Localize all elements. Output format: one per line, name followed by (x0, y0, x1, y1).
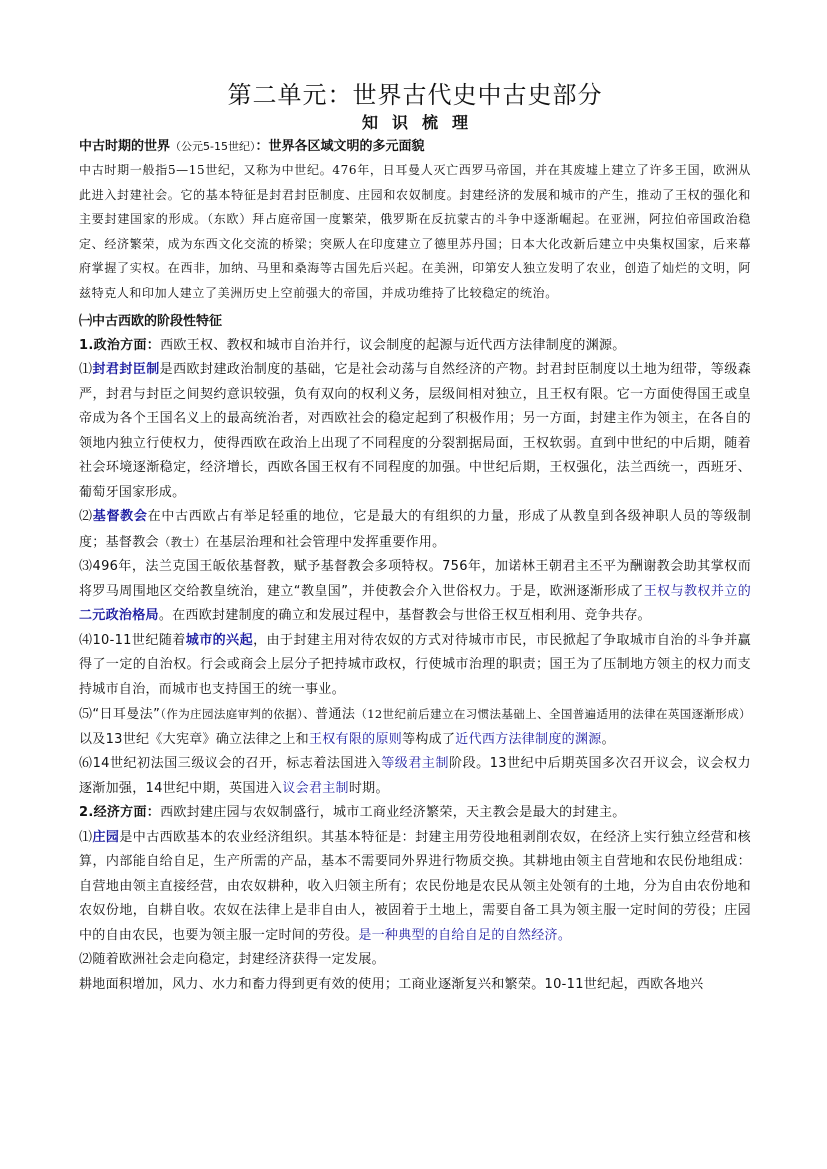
item-text: 以及13世纪《大宪章》确立法律之上和 (79, 732, 309, 747)
intro-heading-paren: （公元5-15世纪） (170, 140, 255, 153)
politics-label: 1.政治方面： (79, 338, 160, 353)
economy-summary: 2.经济方面：西欧封建庄园与农奴制盛行，城市工商业经济繁荣，天主教会是最大的封建… (79, 801, 751, 826)
section-heading: ㈠中古西欧的阶段性特征 (79, 310, 751, 334)
item-text-mid: 普通法 (315, 707, 355, 722)
politics-item-1: ⑴封君封臣制是西欧封建政治制度的基础，它是社会动荡与自然经济的产物。封君封臣制度… (79, 358, 751, 505)
item-number: ⑴ (79, 830, 92, 845)
item-number: ⑸ (79, 707, 92, 722)
item-number: ⑵ (79, 509, 93, 524)
economy-item-2: ⑵随着欧洲社会走向稳定，封建经济获得一定发展。 (79, 948, 751, 973)
item-note: （作为庄园法庭审判的依据）、 (160, 707, 315, 721)
politics-summary: 1.政治方面：西欧王权、教权和城市自治并行，议会制度的起源与近代西方法律制度的渊… (79, 334, 751, 359)
politics-item-3: ⑶496年，法兰克国王皈依基督教，赋予基督教会多项特权。756年，加诺林王朝君主… (79, 555, 751, 629)
keyword-highlight: 城市的兴起 (186, 633, 253, 648)
keyword-highlight: 等级君主制 (381, 756, 449, 771)
keyword-highlight: 封君封臣制 (92, 362, 159, 377)
item-text-tail: 时期。 (349, 781, 389, 796)
page-title: 第二单元：世界古代史中古史部分 (79, 80, 751, 110)
keyword-highlight: 议会君主制 (282, 781, 349, 796)
item-text: 随着欧洲社会走向稳定，封建经济获得一定发展。 (92, 952, 385, 967)
keyword-highlight: 庄园 (92, 830, 119, 845)
item-text: 是中古西欧基本的农业经济组织。其基本特征是：封建主用劳役地租剥削农奴，在经济上实… (79, 830, 751, 943)
keyword-highlight: 王权与教权并立的 (644, 584, 751, 599)
politics-item-6: ⑹14世纪初法国三级议会的召开，标志着法国进入等级君主制阶段。13世纪中后期英国… (79, 752, 751, 801)
keyword-highlight: 近代西方法律制度的渊源 (455, 732, 601, 747)
item-text-tail: 。 (602, 732, 615, 747)
item-number: ⑴ (79, 362, 92, 377)
economy-item-1: ⑴庄园是中古西欧基本的农业经济组织。其基本特征是：封建主用劳役地租剥削农奴，在经… (79, 826, 751, 949)
economy-continuation: 耕地面积增加，风力、水力和畜力得到更有效的使用；工商业逐渐复兴和繁荣。10-11… (79, 973, 751, 998)
item-text-tail: 在基层治理和社会管理中发挥重要作用。 (206, 535, 445, 550)
item-text-pre: 14世纪初法国三级议会的召开，标志着法国进入 (93, 756, 382, 771)
economy-summary-text: 西欧封建庄园与农奴制盛行，城市工商业经济繁荣，天主教会是最大的封建主。 (160, 805, 626, 820)
item-text-pre: “日耳曼法” (92, 707, 160, 722)
item-number: ⑶ (79, 559, 93, 574)
item-text: 是西欧封建政治制度的基础，它是社会动荡与自然经济的产物。封君封臣制度以土地为纽带… (79, 362, 751, 500)
document-page: 第二单元：世界古代史中古史部分 知识梳理 中古时期的世界（公元5-15世纪）：世… (79, 80, 751, 997)
item-text-pre: 10-11世纪随着 (92, 633, 185, 648)
item-number: ⑹ (79, 756, 93, 771)
politics-item-2: ⑵基督教会在中古西欧占有举足轻重的地位，它是最大的有组织的力量，形成了从教皇到各… (79, 505, 751, 555)
item-number: ⑵ (79, 952, 92, 967)
item-text-tail: 。在西欧封建制度的确立和发展过程中，基督教会与世俗王权互相利用、竞争共存。 (159, 608, 651, 623)
keyword-highlight: 基督教会 (93, 509, 148, 524)
politics-item-4: ⑷10-11世纪随着城市的兴起，由于封建主用对待农奴的方式对待城市市民，市民掀起… (79, 629, 751, 703)
intro-heading-tail: ：世界各区域文明的多元面貌 (255, 139, 424, 154)
item-text-mid: 等构成了 (402, 732, 455, 747)
item-number: ⑷ (79, 633, 92, 648)
item-note: （教士） (159, 535, 206, 549)
politics-summary-text: 西欧王权、教权和城市自治并行，议会制度的起源与近代西方法律制度的渊源。 (160, 338, 626, 353)
keyword-highlight: 二元政治格局 (79, 608, 159, 623)
item-note: （12世纪前后建立在习惯法基础上、全国普遍适用的法律在英国逐渐形成） (355, 707, 751, 721)
keyword-highlight: 王权有限的原则 (309, 732, 402, 747)
politics-item-5: ⑸“日耳曼法”（作为庄园法庭审判的依据）、普通法（12世纪前后建立在习惯法基础上… (79, 702, 751, 752)
intro-heading-main: 中古时期的世界 (79, 139, 170, 154)
economy-label: 2.经济方面： (79, 805, 160, 820)
keyword-highlight: 是一种典型的自给自足的自然经济。 (358, 928, 571, 943)
intro-paragraph: 中古时期一般指5—15世纪，又称为中世纪。476年，日耳曼人灭亡西罗马帝国，并在… (79, 158, 751, 306)
page-subtitle: 知识梳理 (79, 110, 751, 136)
intro-heading: 中古时期的世界（公元5-15世纪）：世界各区域文明的多元面貌 (79, 136, 751, 158)
